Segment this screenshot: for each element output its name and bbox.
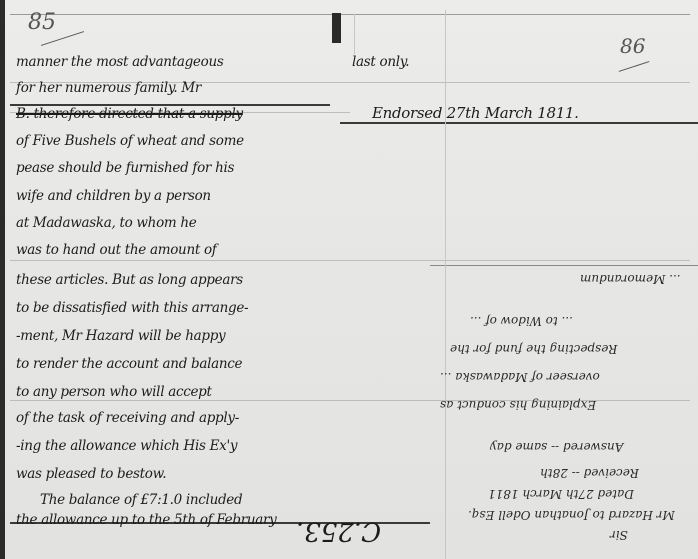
text-line: manner the most advantageous: [16, 54, 223, 70]
text-line: the allowance up to the 5th of February: [16, 512, 276, 528]
ruled-line: [10, 14, 690, 15]
docket-line: Mr Hazard to Jonathan Odell Esq.: [468, 508, 675, 522]
endorsement-date: Endorsed 27th March 1811.: [372, 104, 579, 122]
text-line: to any person who will accept: [16, 384, 212, 400]
text-line: to render the account and balance: [16, 356, 242, 372]
ruled-line: [10, 260, 690, 261]
text-line: wife and children by a person: [16, 188, 211, 204]
ruled-line: [430, 265, 698, 266]
text-line: The balance of £7:1.0 included: [40, 492, 242, 508]
docket-line: Respecting the fund for the: [450, 342, 617, 356]
struck-text-line: B. therefore directed that a supply: [16, 106, 243, 122]
text-line: -ing the allowance which His Ex'y: [16, 438, 237, 454]
docket-line: Dated 27th March 1811: [488, 487, 634, 501]
text-line: of the task of receiving and apply-: [16, 410, 239, 426]
folio-underline: [619, 61, 650, 72]
text-line: these articles. But as long appears: [16, 272, 243, 288]
text-line: pease should be furnished for his: [16, 160, 234, 176]
docket-line: Received -- 28th: [540, 466, 639, 480]
docket-line: Answered -- same day: [490, 440, 623, 454]
catalogue-mark: C.253.: [296, 516, 381, 546]
text-line: was pleased to bestow.: [16, 466, 166, 482]
page-binding-edge: [0, 0, 5, 559]
fold-line: [445, 10, 446, 559]
docket-line: ... Memorandum: [580, 272, 681, 286]
text-line: for her numerous family. Mr: [16, 80, 201, 96]
text-line: to be dissatisfied with this arrange-: [16, 300, 248, 316]
text-line: -ment, Mr Hazard will be happy: [16, 328, 225, 344]
text-line: of Five Bushels of wheat and some: [16, 133, 244, 149]
docket-line: ... to Widow of ...: [470, 314, 573, 328]
manuscript-page: 85 86 manner the most advantageous for h…: [0, 0, 698, 559]
docket-line: Explaining his conduct as: [440, 398, 596, 412]
marginal-note: last only.: [352, 54, 409, 70]
ruled-line: [340, 122, 698, 124]
tab-mark: [332, 13, 341, 43]
docket-line: overseer of Madawaska ...: [440, 370, 600, 384]
text-line: was to hand out the amount of: [16, 242, 217, 258]
folio-number-left: 85: [28, 10, 56, 35]
fold-line: [354, 14, 355, 54]
folio-number-right: 86: [620, 34, 645, 58]
docket-line: Sir: [610, 528, 628, 542]
text-line: at Madawaska, to whom he: [16, 215, 196, 231]
